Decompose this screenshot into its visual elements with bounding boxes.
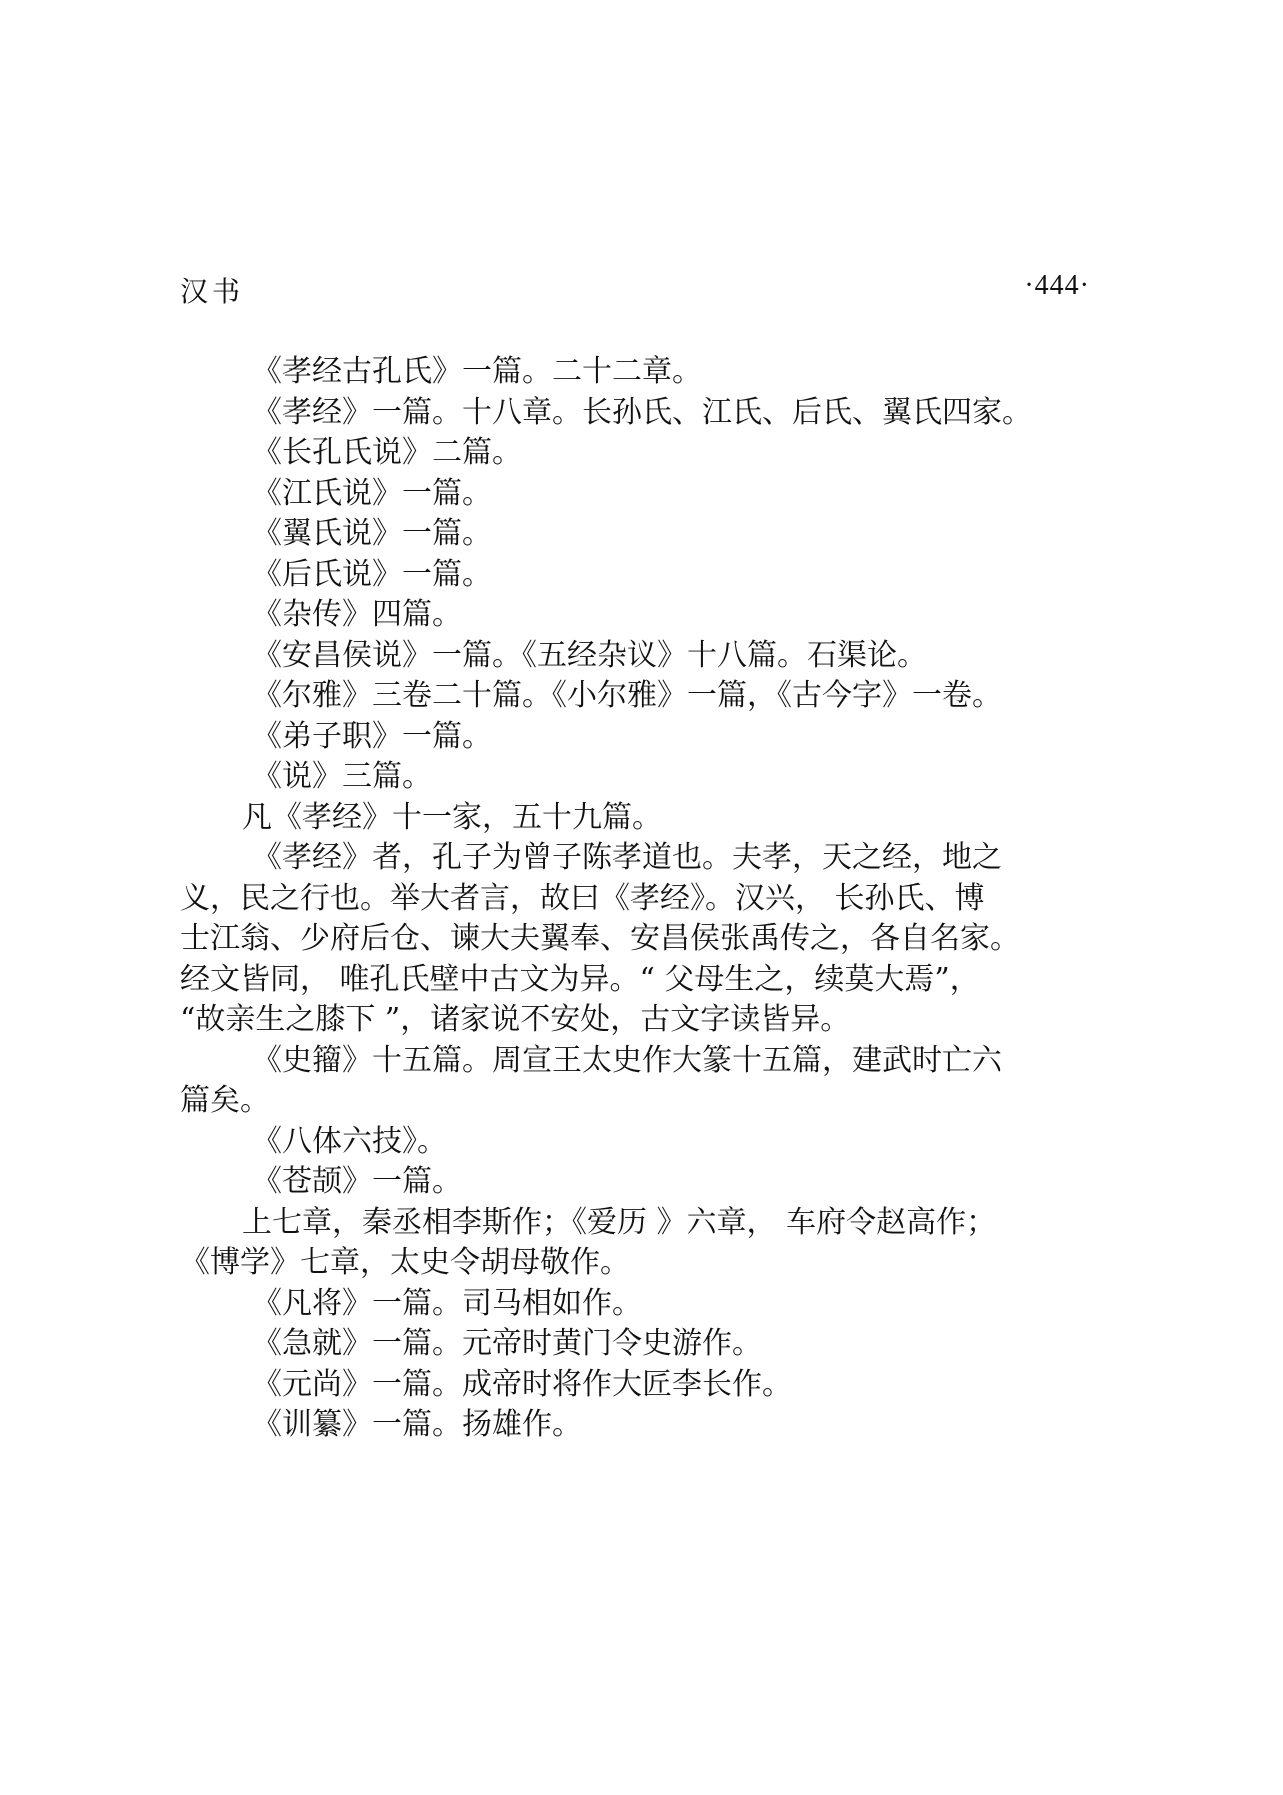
text-line: 经文皆同， 唯孔氏壁中古文为异。“ 父母生之，续莫大焉”， [180,960,1090,1001]
running-title: 汉书 [180,270,244,310]
text-line: 《孝经古孔氏》一篇。二十二章。 [180,352,1090,393]
text-line: 《急就》一篇。元帝时黄门令史游作。 [180,1324,1090,1365]
text-line: 《江氏说》一篇。 [180,474,1090,515]
text-line: 《孝经》一篇。十八章。长孙氏、江氏、后氏、翼氏四家。 [180,393,1090,434]
text-line: 《孝经》者，孔子为曾子陈孝道也。夫孝，天之经，地之 [180,838,1090,879]
text-line: 义，民之行也。举大者言，故曰《孝经》。汉兴， 长孙氏、博 [180,879,1090,920]
text-line: 《苍颉》一篇。 [180,1162,1090,1203]
text-line: 《说》三篇。 [180,757,1090,798]
text-line: 《训纂》一篇。扬雄作。 [180,1405,1090,1446]
text-line: 士江翁、少府后仓、谏大夫翼奉、安昌侯张禹传之，各自名家。 [180,919,1090,960]
page-header: 汉书 ·444· [180,270,1090,310]
text-line: 《凡将》一篇。司马相如作。 [180,1284,1090,1325]
text-line: 《弟子职》一篇。 [180,717,1090,758]
text-line: 凡《孝经》十一家，五十九篇。 [180,798,1090,839]
text-line: 《博学》七章，太史令胡母敬作。 [180,1243,1090,1284]
text-line: 《翼氏说》一篇。 [180,514,1090,555]
text-line: 《元尚》一篇。成帝时将作大匠李长作。 [180,1365,1090,1406]
text-line: 《长孔氏说》二篇。 [180,433,1090,474]
text-line: 《安昌侯说》一篇。《五经杂议》十八篇。石渠论。 [180,636,1090,677]
text-line: 《后氏说》一篇。 [180,555,1090,596]
text-line: 《尔雅》三卷二十篇。《小尔雅》一篇，《古今字》一卷。 [180,676,1090,717]
text-line: 上七章，秦丞相李斯作；《爱历 》六章， 车府令赵高作； [180,1203,1090,1244]
body-text: 《孝经古孔氏》一篇。二十二章。 《孝经》一篇。十八章。长孙氏、江氏、后氏、翼氏四… [180,352,1090,1446]
text-line: 《八体六技》。 [180,1122,1090,1163]
text-line: 篇矣。 [180,1081,1090,1122]
page-number: ·444· [1024,270,1090,302]
text-line: “故亲生之膝下 ”，诸家说不安处，古文字读皆异。 [180,1000,1090,1041]
text-line: 《史籀》十五篇。周宣王太史作大篆十五篇，建武时亡六 [180,1041,1090,1082]
text-line: 《杂传》四篇。 [180,595,1090,636]
